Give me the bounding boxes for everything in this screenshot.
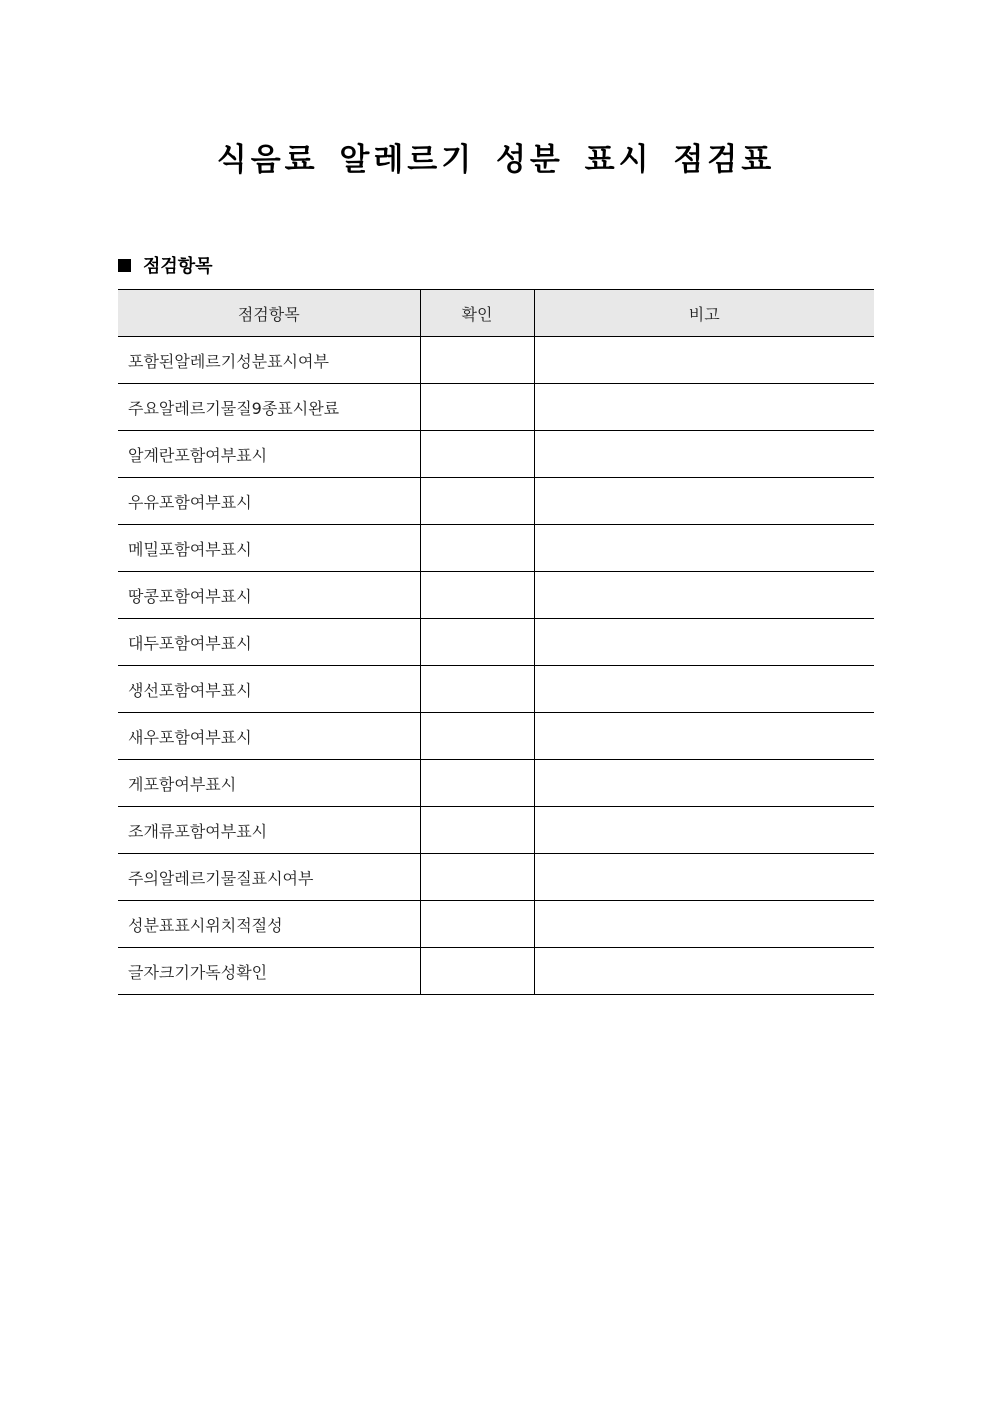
table-row: 대두포함여부표시 [118,619,874,666]
row-note-cell[interactable] [534,431,874,478]
row-item-label: 글자크기가독성확인 [118,948,420,995]
row-note-cell[interactable] [534,384,874,431]
document-title: 식음료 알레르기 성분 표시 점검표 [0,134,992,179]
row-item-label: 주요알레르기물질9종표시완료 [118,384,420,431]
row-note-cell[interactable] [534,619,874,666]
checklist-table: 점검항목 확인 비고 포함된알레르기성분표시여부주요알레르기물질9종표시완료알계… [118,289,874,995]
table-row: 성분표표시위치적절성 [118,901,874,948]
header-check: 확인 [420,290,534,337]
row-check-cell[interactable] [420,337,534,384]
table-row: 주요알레르기물질9종표시완료 [118,384,874,431]
row-item-label: 성분표표시위치적절성 [118,901,420,948]
square-bullet-icon [118,259,131,272]
row-check-cell[interactable] [420,478,534,525]
row-item-label: 우유포함여부표시 [118,478,420,525]
row-note-cell[interactable] [534,901,874,948]
section-heading: 점검항목 [118,252,213,278]
row-note-cell[interactable] [534,760,874,807]
row-check-cell[interactable] [420,854,534,901]
table-row: 글자크기가독성확인 [118,948,874,995]
row-note-cell[interactable] [534,854,874,901]
row-check-cell[interactable] [420,619,534,666]
header-item: 점검항목 [118,290,420,337]
table-row: 생선포함여부표시 [118,666,874,713]
row-item-label: 메밀포함여부표시 [118,525,420,572]
row-item-label: 대두포함여부표시 [118,619,420,666]
row-item-label: 포함된알레르기성분표시여부 [118,337,420,384]
row-item-label: 조개류포함여부표시 [118,807,420,854]
row-check-cell[interactable] [420,713,534,760]
row-note-cell[interactable] [534,525,874,572]
row-item-label: 게포함여부표시 [118,760,420,807]
table-row: 메밀포함여부표시 [118,525,874,572]
table-row: 우유포함여부표시 [118,478,874,525]
row-check-cell[interactable] [420,572,534,619]
row-note-cell[interactable] [534,948,874,995]
row-item-label: 생선포함여부표시 [118,666,420,713]
row-check-cell[interactable] [420,384,534,431]
row-check-cell[interactable] [420,901,534,948]
row-note-cell[interactable] [534,337,874,384]
row-note-cell[interactable] [534,478,874,525]
row-note-cell[interactable] [534,666,874,713]
row-check-cell[interactable] [420,525,534,572]
row-item-label: 땅콩포함여부표시 [118,572,420,619]
table-row: 알계란포함여부표시 [118,431,874,478]
row-check-cell[interactable] [420,807,534,854]
row-item-label: 알계란포함여부표시 [118,431,420,478]
row-note-cell[interactable] [534,807,874,854]
table-row: 주의알레르기물질표시여부 [118,854,874,901]
table-header-row: 점검항목 확인 비고 [118,290,874,337]
row-check-cell[interactable] [420,948,534,995]
row-note-cell[interactable] [534,713,874,760]
header-note: 비고 [534,290,874,337]
row-note-cell[interactable] [534,572,874,619]
table-row: 땅콩포함여부표시 [118,572,874,619]
row-check-cell[interactable] [420,666,534,713]
table-row: 게포함여부표시 [118,760,874,807]
table-row: 조개류포함여부표시 [118,807,874,854]
table-row: 포함된알레르기성분표시여부 [118,337,874,384]
table-row: 새우포함여부표시 [118,713,874,760]
row-item-label: 주의알레르기물질표시여부 [118,854,420,901]
row-item-label: 새우포함여부표시 [118,713,420,760]
row-check-cell[interactable] [420,431,534,478]
row-check-cell[interactable] [420,760,534,807]
section-heading-label: 점검항목 [143,252,213,278]
